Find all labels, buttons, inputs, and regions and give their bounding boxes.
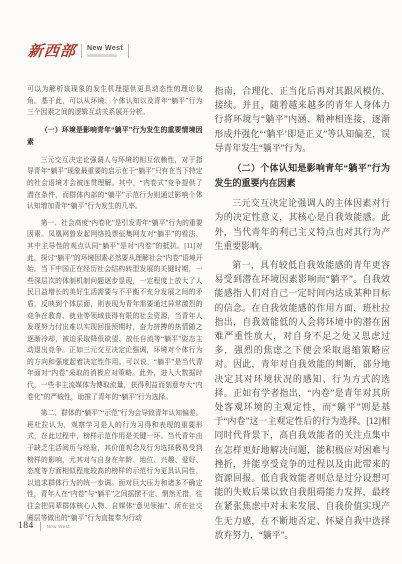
paragraph-continuation: 指南，合理化、正当化后再对其跟风模仿、接续。并且，随着越来越多的青年人身体力行将… bbox=[215, 84, 391, 155]
page-number: 184 bbox=[18, 521, 34, 531]
logo-subtext-line bbox=[87, 54, 117, 57]
section-heading-cognition: （二）个体认知是影响青年“躺平”行为发生的重要内在因素 bbox=[215, 161, 391, 190]
journal-logo: 新西部 New West bbox=[28, 40, 129, 61]
footer-divider bbox=[40, 522, 41, 531]
paragraph-continuation: 可以为解析该现象的发生机理提供更具动态性的理论视角。基于此，可以从环境、个体认知… bbox=[27, 84, 203, 119]
page-footer: 184 New West bbox=[18, 521, 70, 531]
logo-english-text: New West bbox=[87, 45, 123, 52]
paragraph: 三元交互决定论强调人的主体因素对行为的决定性意义，其核心是自我效能感。此外，当代… bbox=[215, 196, 391, 253]
article-body: 可以为解析该现象的发生机理提供更具动态性的理论视角。基于此，可以从环境、个体认知… bbox=[27, 84, 390, 542]
left-column: 可以为解析该现象的发生机理提供更具动态性的理论视角。基于此，可以从环境、个体认知… bbox=[27, 84, 203, 542]
logo-divider bbox=[128, 44, 129, 58]
section-heading-environment: （一）环境是影响青年“躺平”行为发生的重要情境因素 bbox=[27, 125, 203, 149]
paragraph: 第二、群体的“躺平”“示范”行为会导致青年认知偏差。班杜拉认为，观察学习是人的行… bbox=[27, 408, 203, 524]
footer-journal-name: New West bbox=[47, 524, 70, 529]
journal-page: 新西部 New West 可以为解析该现象的发生机理提供更具动态性的理论视角。基… bbox=[0, 0, 402, 564]
logo-chinese-wordmark: 新西部 bbox=[27, 40, 77, 61]
logo-divider bbox=[81, 44, 82, 58]
paragraph: 第一，具有较低自我效能感的青年更容易受到潜在环境因素影响而“躺平”。自我效能感指… bbox=[215, 258, 391, 542]
logo-english-wordmark: New West bbox=[87, 45, 123, 57]
paragraph: 三元交互决定论强调人与环境的相互依赖性，对于指导青年“躺平”现象最重要的启示在于… bbox=[27, 155, 203, 213]
paragraph: 第一、社会高度“内卷化”是引发青年“躺平”行为的重要因素。凤凰网曾发起网络投票征… bbox=[27, 218, 203, 404]
right-column: 指南，合理化、正当化后再对其跟风模仿、接续。并且，随着越来越多的青年人身体力行将… bbox=[215, 84, 391, 542]
